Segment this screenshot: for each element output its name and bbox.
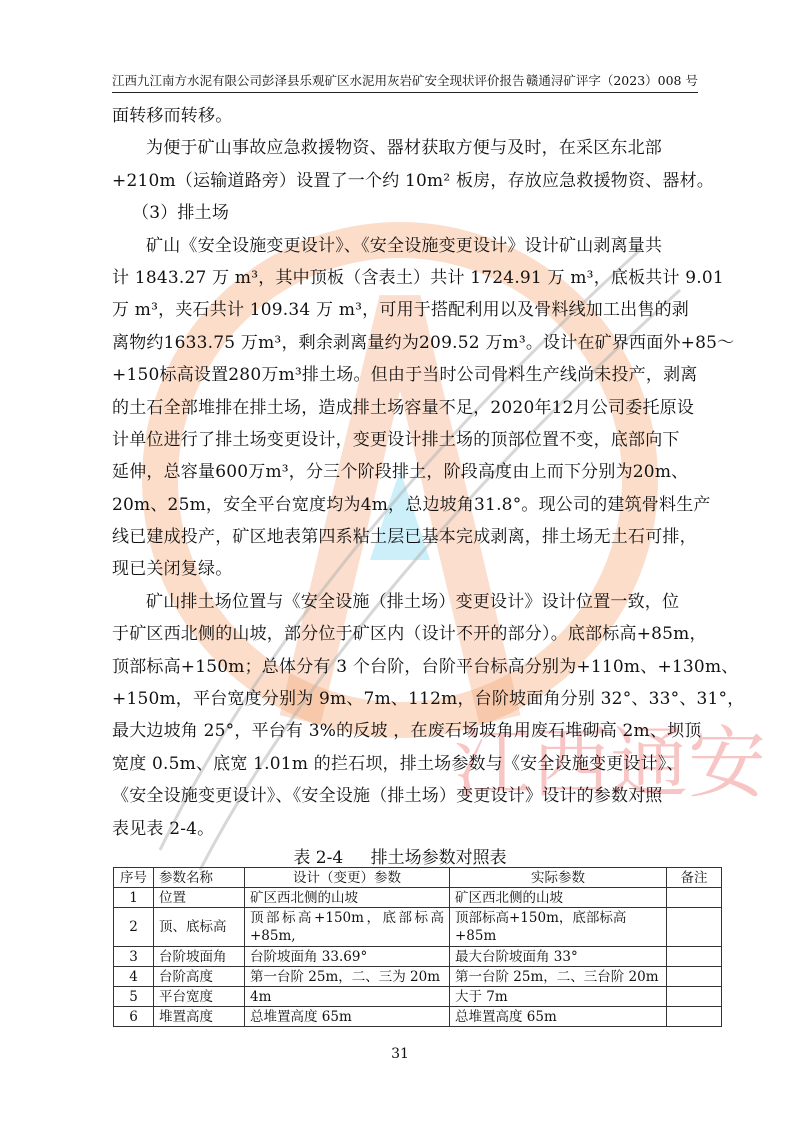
paragraph-line: 为便于矿山事故应急救援物资、器材获取方便与及时，在采区东北部: [112, 132, 700, 164]
paragraph-line: +210m（运输道路旁）设置了一个约 10m² 板房，存放应急救援物资、器材。: [112, 165, 700, 197]
paragraph-line: 面转移而转移。: [112, 100, 700, 132]
paragraph-line: 矿山《安全设施变更设计》、《安全设施变更设计》设计矿山剥离量共: [112, 230, 700, 262]
paragraph-line: 矿山排土场位置与《安全设施（排土场）变更设计》设计位置一致，位: [112, 586, 700, 618]
cell-actual: 大于 7m: [450, 987, 667, 1007]
cell-design: 矿区西北侧的山坡: [245, 888, 450, 908]
cell-name: 堆置高度: [154, 1007, 245, 1027]
paragraph-line: 计 1843.27 万 m³，其中顶板（含表土）共计 1724.91 万 m³，…: [112, 262, 700, 294]
table-caption: 表 2-4 排土场参数对照表: [0, 843, 800, 868]
body-text: 面转移而转移。 为便于矿山事故应急救援物资、器材获取方便与及时，在采区东北部 +…: [112, 100, 700, 845]
header-cell: 备注: [667, 868, 722, 888]
paragraph-line: 表见表 2-4。: [112, 813, 700, 845]
table-row: 5 平台宽度 4m 大于 7m: [114, 987, 722, 1007]
paragraph-line: 线已建成投产，矿区地表第四系粘土层已基本完成剥离，排土场无土石可排，: [112, 521, 700, 553]
cell-actual: 总堆置高度 65m: [450, 1007, 667, 1027]
cell-design-line: +85m,: [250, 927, 444, 945]
header-cell: 参数名称: [154, 868, 245, 888]
cell-name: 台阶坡面角: [154, 947, 245, 967]
cell-note: [667, 947, 722, 967]
cell-note: [667, 987, 722, 1007]
cell-note: [667, 888, 722, 908]
paragraph-line: +150标高设置280万m³排土场。但由于当时公司骨料生产线尚未投产，剥离: [112, 359, 700, 391]
table-caption-number: 表 2-4: [293, 843, 343, 868]
paragraph-line: 于矿区西北侧的山坡，部分位于矿区内（设计不开的部分）。底部标高+85m，: [112, 618, 700, 650]
cell-design: 台阶坡面角 33.69°: [245, 947, 450, 967]
cell-no: 5: [114, 987, 154, 1007]
document-page: 江西通安 江西九江南方水泥有限公司彭泽县乐观矿区水泥用灰岩矿安全现状评价报告 赣…: [0, 0, 800, 1130]
cell-no: 4: [114, 967, 154, 987]
table-row: 1 位置 矿区西北侧的山坡 矿区西北侧的山坡: [114, 888, 722, 908]
cell-design: 总堆置高度 65m: [245, 1007, 450, 1027]
paragraph-line: 宽度 0.5m、底宽 1.01m 的拦石坝，排土场参数与《安全设施变更设计》、: [112, 748, 700, 780]
header-cell: 实际参数: [450, 868, 667, 888]
parameter-comparison-table: 序号 参数名称 设计（变更）参数 实际参数 备注 1 位置 矿区西北侧的山坡 矿…: [113, 867, 722, 1027]
header-cell: 序号: [114, 868, 154, 888]
cell-note: [667, 1007, 722, 1027]
paragraph-line: 延伸，总容量600万m³，分三个阶段排土，阶段高度由上而下分别为20m、: [112, 456, 700, 488]
table-row: 2 顶、底标高 顶部标高+150m，底部标高 +85m, 顶部标高+150m，底…: [114, 908, 722, 947]
cell-design: 4m: [245, 987, 450, 1007]
cell-actual: 最大台阶坡面角 33°: [450, 947, 667, 967]
paragraph-line: 最大边坡角 25°，平台有 3%的反坡 ，在废石场坡角用废石堆砌高 2m、坝顶: [112, 715, 700, 747]
cell-design: 第一台阶 25m，二、三为 20m: [245, 967, 450, 987]
section-heading: （3）排土场: [112, 197, 700, 229]
header-report-title: 江西九江南方水泥有限公司彭泽县乐观矿区水泥用灰岩矿安全现状评价报告: [112, 72, 525, 90]
paragraph-line: 的土石全部堆排在排土场，造成排土场容量不足，2020年12月公司委托原设: [112, 392, 700, 424]
table-header-row: 序号 参数名称 设计（变更）参数 实际参数 备注: [114, 868, 722, 888]
paragraph-line: 顶部标高+150m；总体分有 3 个台阶，台阶平台标高分别为+110m、+130…: [112, 651, 700, 683]
paragraph-line: +150m，平台宽度分别为 9m、7m、112m，台阶坡面角分别 32°、33°…: [112, 683, 700, 715]
cell-name: 位置: [154, 888, 245, 908]
page-header: 江西九江南方水泥有限公司彭泽县乐观矿区水泥用灰岩矿安全现状评价报告 赣通浔矿评字…: [112, 72, 698, 93]
cell-no: 1: [114, 888, 154, 908]
table-row: 3 台阶坡面角 台阶坡面角 33.69° 最大台阶坡面角 33°: [114, 947, 722, 967]
cell-design: 顶部标高+150m，底部标高 +85m,: [245, 908, 450, 947]
cell-note: [667, 908, 722, 947]
header-report-number: 赣通浔矿评字（2023）008 号: [526, 72, 698, 90]
cell-actual: 第一台阶 25m，二、三台阶 20m: [450, 967, 667, 987]
cell-note: [667, 967, 722, 987]
paragraph-line: 现已关闭复绿。: [112, 553, 700, 585]
cell-name: 台阶高度: [154, 967, 245, 987]
cell-no: 3: [114, 947, 154, 967]
cell-name: 平台宽度: [154, 987, 245, 1007]
paragraph-line: 万 m³，夹石共计 109.34 万 m³，可用于搭配利用以及骨料线加工出售的剥: [112, 294, 700, 326]
table-row: 4 台阶高度 第一台阶 25m，二、三为 20m 第一台阶 25m，二、三台阶 …: [114, 967, 722, 987]
table-caption-title: 排土场参数对照表: [371, 843, 507, 868]
cell-no: 2: [114, 908, 154, 947]
page-number: 31: [0, 1046, 800, 1062]
header-cell: 设计（变更）参数: [245, 868, 450, 888]
paragraph-line: 计单位进行了排土场变更设计，变更设计排土场的顶部位置不变，底部向下: [112, 424, 700, 456]
paragraph-line: 《安全设施变更设计》、《安全设施（排土场）变更设计》设计的参数对照: [112, 780, 700, 812]
table-row: 6 堆置高度 总堆置高度 65m 总堆置高度 65m: [114, 1007, 722, 1027]
paragraph-line: 20m、25m，安全平台宽度均为4m，总边坡角31.8°。现公司的建筑骨料生产: [112, 489, 700, 521]
cell-name: 顶、底标高: [154, 908, 245, 947]
cell-actual: 顶部标高+150m，底部标高+85m: [450, 908, 667, 947]
cell-no: 6: [114, 1007, 154, 1027]
paragraph-line: 离物约1633.75 万m³，剩余剥离量约为209.52 万m³。设计在矿界西面…: [112, 327, 700, 359]
cell-actual: 矿区西北侧的山坡: [450, 888, 667, 908]
cell-design-line: 顶部标高+150m，底部标高: [250, 909, 444, 927]
